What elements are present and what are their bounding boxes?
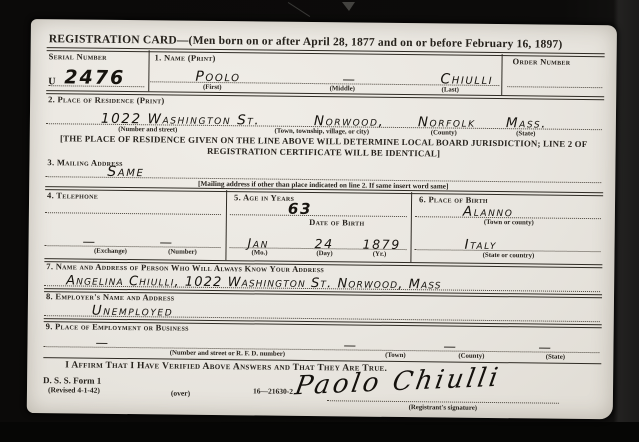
residence-town-value: Norwood, bbox=[314, 115, 385, 129]
name-sub-first: (First) bbox=[203, 84, 222, 91]
over-note: (over) bbox=[171, 389, 190, 398]
name-middle-value: — bbox=[342, 73, 356, 86]
dob-sub-month: (Mo.) bbox=[251, 249, 267, 256]
residence-sub-town: (Town, township, village, or city) bbox=[274, 128, 369, 136]
dob-year-value: 1879 bbox=[363, 238, 401, 251]
dob-month-value: Jan bbox=[248, 237, 270, 250]
order-number-label: Order Number bbox=[513, 56, 571, 67]
name-first-value: Poolo bbox=[195, 70, 240, 84]
employment-dash-town: — bbox=[343, 339, 357, 352]
scan-artifact-scratch bbox=[288, 2, 310, 17]
birth-country-value: Italy bbox=[465, 238, 498, 252]
divider-age-birth bbox=[410, 192, 412, 262]
serial-number-label: Serial Number bbox=[49, 51, 107, 62]
name-sub-last: (Last) bbox=[442, 86, 459, 93]
age-value: 63 bbox=[288, 202, 312, 217]
telephone-line1 bbox=[45, 199, 221, 215]
name-sub-middle: (Middle) bbox=[330, 85, 355, 92]
telephone-sublabels: (Exchange) (Number) bbox=[44, 247, 220, 257]
residence-sub-county: (County) bbox=[431, 129, 457, 136]
employment-sub-street: (Number and street or R. F. D. number) bbox=[170, 350, 285, 358]
residence-sub-street: (Number and street) bbox=[118, 126, 177, 134]
divider-name-order bbox=[501, 54, 502, 95]
residence-label: 2. Place of Residence (Print) bbox=[48, 94, 165, 105]
registration-card: REGISTRATION CARD—(Men born on or after … bbox=[27, 19, 617, 419]
residence-notice: [THE PLACE OF RESIDENCE GIVEN ON THE LIN… bbox=[56, 133, 592, 161]
employment-dash-street: — bbox=[95, 336, 109, 349]
telephone-number-value: — bbox=[160, 236, 174, 249]
employment-sub-state: (State) bbox=[546, 354, 565, 361]
scan-bottom-edge bbox=[0, 422, 639, 442]
mailing-field: Same bbox=[45, 160, 601, 183]
scan-background: REGISTRATION CARD—(Men born on or after … bbox=[0, 0, 639, 442]
telephone-sub-exchange: (Exchange) bbox=[94, 248, 127, 255]
dob-day-value: 24 bbox=[315, 238, 334, 251]
birth-sub-town: (Town or county) bbox=[484, 219, 534, 227]
dob-sub-year: (Yr.) bbox=[373, 251, 387, 258]
serial-number-value: 2476 bbox=[64, 68, 125, 88]
serial-prefix: U bbox=[48, 77, 57, 87]
employment-dash-county: — bbox=[443, 340, 457, 353]
employment-dash-state: — bbox=[538, 341, 552, 354]
age-field: 63 bbox=[230, 197, 407, 217]
name-label: 1. Name (Print) bbox=[155, 52, 216, 63]
employment-sub-county: (County) bbox=[458, 353, 484, 360]
birth-town-field: Alanno bbox=[415, 201, 601, 219]
telephone-exchange-value: — bbox=[83, 235, 97, 248]
residence-county-value: Norfolk bbox=[418, 116, 476, 130]
employment-sub-town: (Town) bbox=[385, 352, 406, 359]
form-number: D. S. S. Form 1 bbox=[43, 375, 101, 386]
name-field: Poolo — Chiulli bbox=[150, 64, 499, 86]
divider-tel-age bbox=[225, 190, 227, 260]
dob-field: Jan 24 1879 bbox=[230, 229, 407, 250]
form-revised: (Revised 4-1-42) bbox=[48, 385, 100, 395]
order-number-field bbox=[507, 70, 602, 88]
residence-state-value: Mass. bbox=[506, 117, 547, 131]
print-code: 16—21630-2 bbox=[253, 386, 293, 395]
birth-town-value: Alanno bbox=[463, 205, 514, 219]
birth-country-field: Italy bbox=[415, 233, 601, 252]
employer-value: Unemployed bbox=[92, 304, 174, 318]
residence-sub-state: (State) bbox=[516, 130, 535, 137]
telephone-sub-number: (Number) bbox=[168, 248, 197, 255]
dob-label: Date of Birth bbox=[309, 217, 364, 228]
telephone-line2: — — bbox=[45, 230, 221, 248]
scan-artifact-wedge bbox=[342, 2, 355, 11]
birth-sub-country: (State or country) bbox=[483, 252, 535, 260]
name-last-value: Chiulli bbox=[440, 72, 493, 87]
signature-sublabel: (Registrant's signature) bbox=[409, 404, 477, 412]
dob-sub-day: (Day) bbox=[316, 250, 332, 257]
mailing-value: Same bbox=[107, 165, 144, 179]
card-content: REGISTRATION CARD—(Men born on or after … bbox=[43, 27, 605, 413]
dob-sublabels: (Mo.) (Day) (Yr.) bbox=[229, 249, 406, 259]
serial-number-field: U 2476 bbox=[48, 63, 144, 87]
